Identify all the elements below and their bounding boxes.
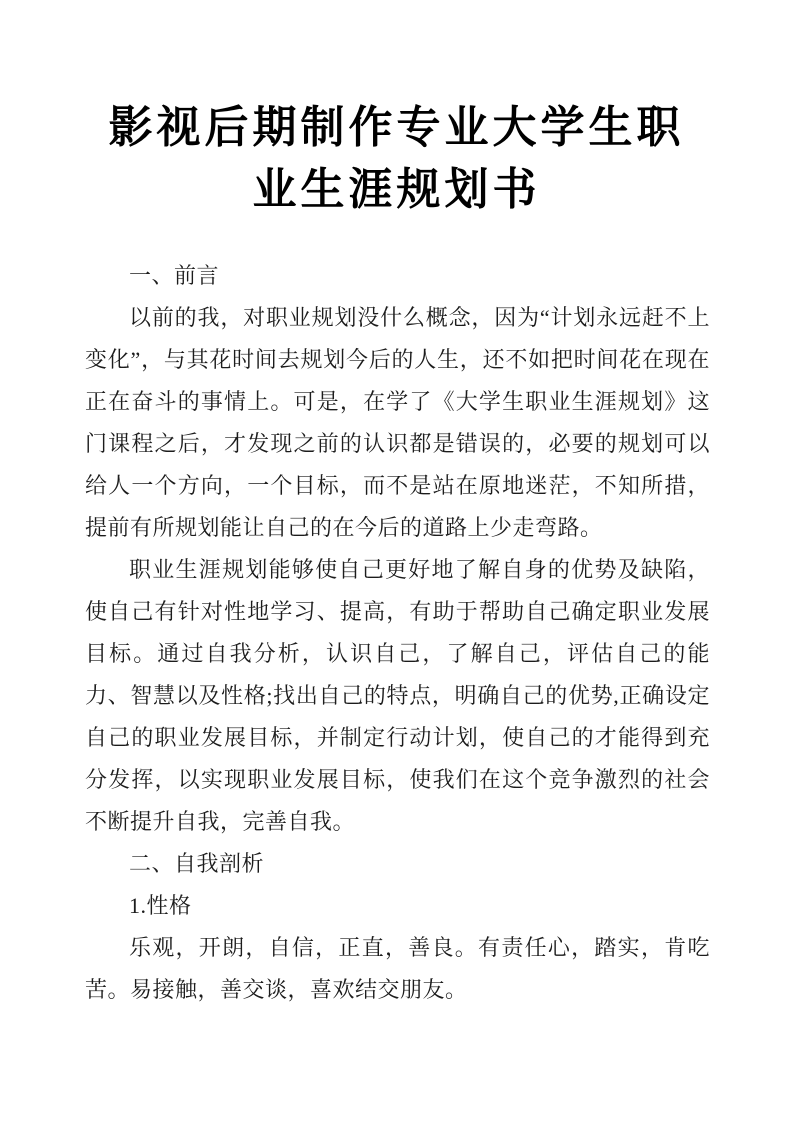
document-title-line-2: 业生涯规划书 xyxy=(85,159,708,221)
paragraph-preface-2: 职业生涯规划能够使自己更好地了解自身的优势及缺陷，使自己有针对性地学习、提高，有… xyxy=(85,549,710,843)
document-body: 一、前言 以前的我，对职业规划没什么概念，因为“计划永远赶不上变化”，与其花时间… xyxy=(85,255,710,1011)
section-heading-preface: 一、前言 xyxy=(85,255,710,297)
document-page: 影视后期制作专业大学生职 业生涯规划书 一、前言 以前的我，对职业规划没什么概念… xyxy=(0,0,793,1122)
document-title: 影视后期制作专业大学生职 业生涯规划书 xyxy=(85,97,708,221)
document-title-line-1: 影视后期制作专业大学生职 xyxy=(85,97,708,159)
subheading-personality: 1.性格 xyxy=(85,885,710,927)
paragraph-preface-1: 以前的我，对职业规划没什么概念，因为“计划永远赶不上变化”，与其花时间去规划今后… xyxy=(85,297,710,549)
section-heading-self-analysis: 二、自我剖析 xyxy=(85,843,710,885)
paragraph-personality: 乐观，开朗，自信，正直，善良。有责任心，踏实，肯吃苦。易接触，善交谈，喜欢结交朋… xyxy=(85,927,710,1011)
